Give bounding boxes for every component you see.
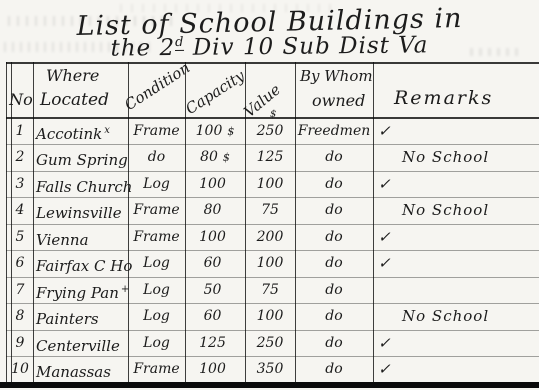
cell-value: $250	[246, 118, 294, 144]
capacity-mark: $	[223, 151, 230, 164]
located-text: Manassas	[36, 363, 111, 381]
cell-owned: do	[296, 144, 372, 170]
capacity-text: 80	[200, 149, 218, 165]
cell-condition: Log	[130, 171, 183, 197]
table-row: 5 Vienna Frame 100 200 do ✓	[0, 224, 539, 250]
cell-condition: do	[130, 144, 183, 170]
header-by-whom: By Whom	[300, 67, 373, 85]
cell-owned: Freedmen	[296, 118, 372, 144]
table-row: 4 Lewinsville Frame 80 75 do No School	[0, 197, 539, 223]
title-line2-pre: the 2	[110, 35, 175, 62]
cell-condition: Frame	[130, 118, 183, 144]
cell-owned: do	[296, 303, 372, 329]
table-row: 7 Frying Pan+ Log 50 75 do	[0, 277, 539, 303]
value-text: 75	[261, 282, 279, 298]
capacity-text: 80	[204, 202, 222, 218]
cell-capacity: 100	[186, 356, 244, 383]
capacity-text: 100	[199, 229, 226, 245]
cell-capacity: 100	[186, 171, 244, 198]
capacity-text: 125	[199, 335, 226, 351]
value-text: 100	[257, 255, 284, 271]
cell-remarks: ✓	[374, 356, 538, 382]
header-owned: owned	[312, 91, 365, 110]
cell-owned: do	[296, 277, 372, 303]
cell-value: 100	[246, 171, 294, 197]
cell-value: 100	[246, 303, 294, 329]
cell-remarks: ✓	[374, 224, 538, 250]
cell-capacity: 80	[186, 197, 244, 224]
cell-owned: do	[296, 356, 372, 382]
cell-capacity: 60	[186, 303, 244, 330]
cell-condition: Frame	[130, 197, 183, 223]
cell-capacity: 100	[186, 224, 244, 251]
cell-value: 100	[246, 250, 294, 276]
value-text: 100	[257, 176, 284, 192]
capacity-text: 100	[199, 176, 226, 192]
cell-no: 7	[7, 277, 33, 303]
header-remarks: Remarks	[394, 87, 493, 109]
cell-no: 3	[7, 171, 33, 197]
cell-capacity: 100$	[186, 118, 244, 145]
cell-remarks: No School	[374, 197, 539, 223]
cell-condition: Log	[130, 277, 183, 303]
header-condition: Condition	[121, 59, 193, 114]
cell-value: 250	[246, 330, 294, 356]
cell-located: Fairfax C Ho	[36, 250, 128, 279]
capacity-text: 60	[204, 255, 222, 271]
cell-located: Painters	[36, 303, 128, 332]
cell-capacity: 50	[186, 277, 244, 304]
cell-condition: Log	[130, 330, 183, 356]
value-text: 100	[257, 308, 284, 324]
table-row: 10 Manassas Frame 100 350 do ✓	[0, 356, 539, 382]
located-text: Accotink	[36, 125, 102, 143]
capacity-mark: $	[227, 125, 234, 138]
value-text: 250	[257, 335, 284, 351]
cell-no: 10	[7, 356, 33, 382]
located-text: Gum Spring	[36, 151, 128, 169]
located-text: Vienna	[36, 231, 89, 249]
cell-condition: Log	[130, 250, 183, 276]
table-hline	[6, 62, 539, 64]
cell-located: Gum Spring	[36, 144, 128, 173]
table-row: 2 Gum Spring do 80$ 125 do No School	[0, 144, 539, 170]
title-line2-post: Div 10 Sub Dist Va	[184, 32, 428, 61]
table-row: 6 Fairfax C Ho Log 60 100 do ✓	[0, 250, 539, 276]
value-text: 125	[257, 149, 284, 165]
cell-no: 9	[7, 330, 33, 356]
located-text: Lewinsville	[36, 204, 122, 222]
header-value: Value	[240, 80, 284, 121]
document-title-line2: the 2d Div 10 Sub Dist Va	[0, 31, 539, 63]
header-located: Located	[40, 90, 109, 110]
cell-condition: Frame	[130, 356, 183, 382]
cell-located: Falls Church	[36, 171, 128, 200]
located-text: Centerville	[36, 337, 120, 355]
located-text: Painters	[36, 310, 99, 328]
cell-remarks: ✓	[374, 118, 538, 144]
value-text: 200	[257, 229, 284, 245]
cell-value: 200	[246, 224, 294, 250]
capacity-text: 60	[204, 308, 222, 324]
cell-value: 125	[246, 144, 294, 170]
cell-capacity: 80$	[186, 144, 244, 171]
cell-no: 6	[7, 250, 33, 276]
located-text: Falls Church	[36, 178, 132, 196]
cell-owned: do	[296, 330, 372, 356]
table-row: 8 Painters Log 60 100 do No School	[0, 303, 539, 329]
cell-value: 350	[246, 356, 294, 382]
cell-owned: do	[296, 197, 372, 223]
cell-no: 4	[7, 197, 33, 223]
scanned-document-page: List of School Buildings in the 2d Div 1…	[0, 0, 539, 390]
cell-located: Frying Pan+	[36, 277, 128, 306]
header-no: No	[9, 90, 33, 109]
cell-located: Lewinsville	[36, 197, 128, 226]
table-row: 3 Falls Church Log 100 100 do ✓	[0, 171, 539, 197]
cell-remarks: ✓	[374, 250, 538, 276]
value-text: 350	[257, 361, 284, 377]
cell-no: 8	[7, 303, 33, 329]
cell-remarks: No School	[374, 144, 539, 170]
table-row: 9 Centerville Log 125 250 do ✓	[0, 330, 539, 356]
cell-owned: do	[296, 224, 372, 250]
value-text: 75	[261, 202, 279, 218]
capacity-text: 100	[196, 123, 223, 139]
cell-no: 2	[7, 144, 33, 170]
cell-remarks: No School	[374, 303, 539, 329]
cell-no: 1	[7, 118, 33, 144]
cell-remarks: ✓	[374, 330, 538, 356]
cell-located: Manassas	[36, 356, 128, 385]
capacity-text: 100	[199, 361, 226, 377]
capacity-text: 50	[204, 282, 222, 298]
cell-no: 5	[7, 224, 33, 250]
located-text: Fairfax C Ho	[36, 257, 132, 275]
cell-condition: Frame	[130, 224, 183, 250]
cell-owned: do	[296, 171, 372, 197]
cell-owned: do	[296, 250, 372, 276]
cell-located: Vienna	[36, 224, 128, 253]
cell-condition: Log	[130, 303, 183, 329]
cell-capacity: 60	[186, 250, 244, 277]
located-mark: +	[121, 284, 129, 295]
cell-remarks: ✓	[374, 171, 538, 197]
cell-value: 75	[246, 277, 294, 303]
cell-located: Centerville	[36, 330, 128, 359]
cell-located: Accotinkx	[36, 118, 128, 147]
cell-capacity: 125	[186, 330, 244, 357]
header-where: Where	[46, 66, 99, 85]
located-text: Frying Pan	[36, 284, 119, 302]
cell-value: 75	[246, 197, 294, 223]
value-mark: $	[270, 110, 276, 120]
located-mark: x	[104, 125, 110, 136]
value-text: 250	[257, 123, 284, 139]
table-row: 1 Accotinkx Frame 100$ $250 Freedmen ✓	[0, 118, 539, 144]
